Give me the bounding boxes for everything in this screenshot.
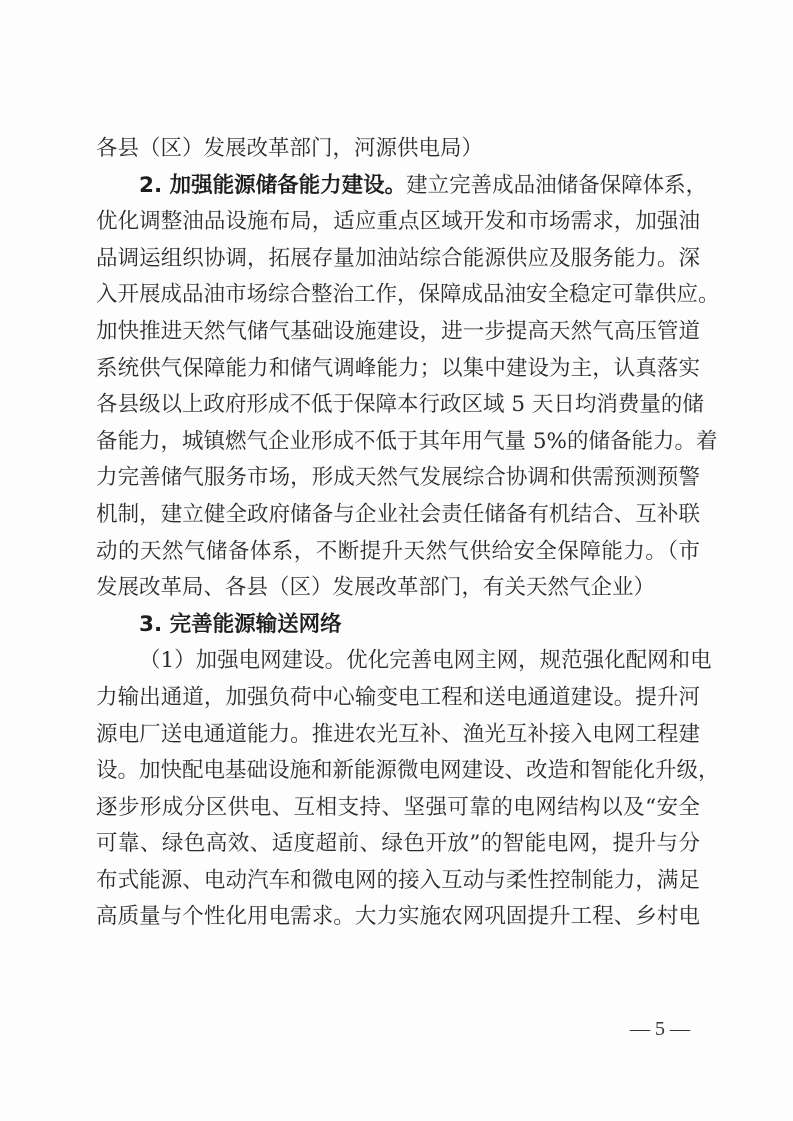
text-line: 发展改革局、各县（区）发展改革部门，有关天然气企业）: [96, 570, 700, 607]
text-line: 力输出通道，加强负荷中心输变电工程和送电通道建设。提升河: [96, 680, 700, 717]
line-text: 入开展成品油市场综合整治工作，保障成品油安全稳定可靠供应。: [96, 282, 720, 307]
line-text: 系统供气保障能力和储气调峰能力；以集中建设为主，认真落实: [96, 356, 700, 381]
text-line: （1）加强电网建设。优化完善电网主网，规范强化配网和电: [96, 643, 700, 680]
line-text: 加快推进天然气储气基础设施建设，进一步提高天然气高压管道: [96, 319, 700, 344]
page-number: — 5 —: [630, 1018, 690, 1041]
line-text: 各县级以上政府形成不低于保障本行政区域 5 天日均消费量的储: [96, 392, 704, 417]
section-heading-line: 3. 完善能源输送网络: [96, 607, 700, 644]
line-text: 源电厂送电通道能力。推进农光互补、渔光互补接入电网工程建: [96, 722, 700, 747]
text-line: 优化调整油品设施布局，适应重点区域开发和市场需求，加强油: [96, 204, 700, 241]
line-text: 发展改革局、各县（区）发展改革部门，有关天然气企业）: [96, 575, 655, 600]
line-text: 机制，建立健全政府储备与企业社会责任储备有机结合、互补联: [96, 502, 700, 527]
text-line: 加快推进天然气储气基础设施建设，进一步提高天然气高压管道: [96, 314, 700, 351]
line-text: 高质量与个性化用电需求。大力实施农网巩固提升工程、乡村电: [96, 904, 700, 929]
line-text: 优化调整油品设施布局，适应重点区域开发和市场需求，加强油: [96, 209, 700, 234]
text-line: 力完善储气服务市场，形成天然气发展综合协调和供需预测预警: [96, 460, 700, 497]
section-heading: 3. 完善能源输送网络: [139, 612, 342, 637]
line-text: 备能力，城镇燃气企业形成不低于其年用气量 5%的储备能力。着: [96, 429, 717, 454]
text-line: 入开展成品油市场综合整治工作，保障成品油安全稳定可靠供应。: [96, 277, 700, 314]
text-line: 设。加快配电基础设施和新能源微电网建设、改造和智能化升级，: [96, 753, 700, 790]
line-text: 布式能源、电动汽车和微电网的接入互动与柔性控制能力，满足: [96, 868, 700, 893]
line-text: 力完善储气服务市场，形成天然气发展综合协调和供需预测预警: [96, 465, 700, 490]
text-line: 备能力，城镇燃气企业形成不低于其年用气量 5%的储备能力。着: [96, 424, 700, 461]
text-line: 品调运组织协调，拓展存量加油站综合能源供应及服务能力。深: [96, 241, 700, 278]
line-text: 力输出通道，加强负荷中心输变电工程和送电通道建设。提升河: [96, 685, 700, 710]
text-line: 可靠、绿色高效、适度超前、绿色开放”的智能电网，提升与分: [96, 826, 700, 863]
line-text: 建立完善成品油储备保障体系，: [406, 173, 707, 198]
text-line: 布式能源、电动汽车和微电网的接入互动与柔性控制能力，满足: [96, 863, 700, 900]
text-line: 各县级以上政府形成不低于保障本行政区域 5 天日均消费量的储: [96, 387, 700, 424]
text-line: 逐步形成分区供电、互相支持、坚强可靠的电网结构以及“安全: [96, 790, 700, 827]
text-line: 源电厂送电通道能力。推进农光互补、渔光互补接入电网工程建: [96, 717, 700, 754]
line-text: 设。加快配电基础设施和新能源微电网建设、改造和智能化升级，: [96, 758, 720, 783]
line-text: 各县（区）发展改革部门，河源供电局）: [96, 136, 483, 161]
line-text: 品调运组织协调，拓展存量加油站综合能源供应及服务能力。深: [96, 246, 700, 271]
section-heading-line: 2. 加强能源储备能力建设。建立完善成品油储备保障体系，: [96, 168, 700, 205]
section-heading: 2. 加强能源储备能力建设。: [139, 173, 406, 198]
text-line: 各县（区）发展改革部门，河源供电局）: [96, 131, 700, 168]
text-line: 动的天然气储备体系，不断提升天然气供给安全保障能力。（市: [96, 534, 700, 571]
document-body: 各县（区）发展改革部门，河源供电局）2. 加强能源储备能力建设。建立完善成品油储…: [96, 131, 700, 936]
line-text: 动的天然气储备体系，不断提升天然气供给安全保障能力。（市: [96, 539, 700, 564]
text-line: 机制，建立健全政府储备与企业社会责任储备有机结合、互补联: [96, 497, 700, 534]
text-line: 系统供气保障能力和储气调峰能力；以集中建设为主，认真落实: [96, 351, 700, 388]
line-text: 可靠、绿色高效、适度超前、绿色开放”的智能电网，提升与分: [96, 831, 700, 856]
line-text: 逐步形成分区供电、互相支持、坚强可靠的电网结构以及“安全: [96, 795, 700, 820]
line-text: （1）加强电网建设。优化完善电网主网，规范强化配网和电: [139, 648, 712, 673]
text-line: 高质量与个性化用电需求。大力实施农网巩固提升工程、乡村电: [96, 899, 700, 936]
